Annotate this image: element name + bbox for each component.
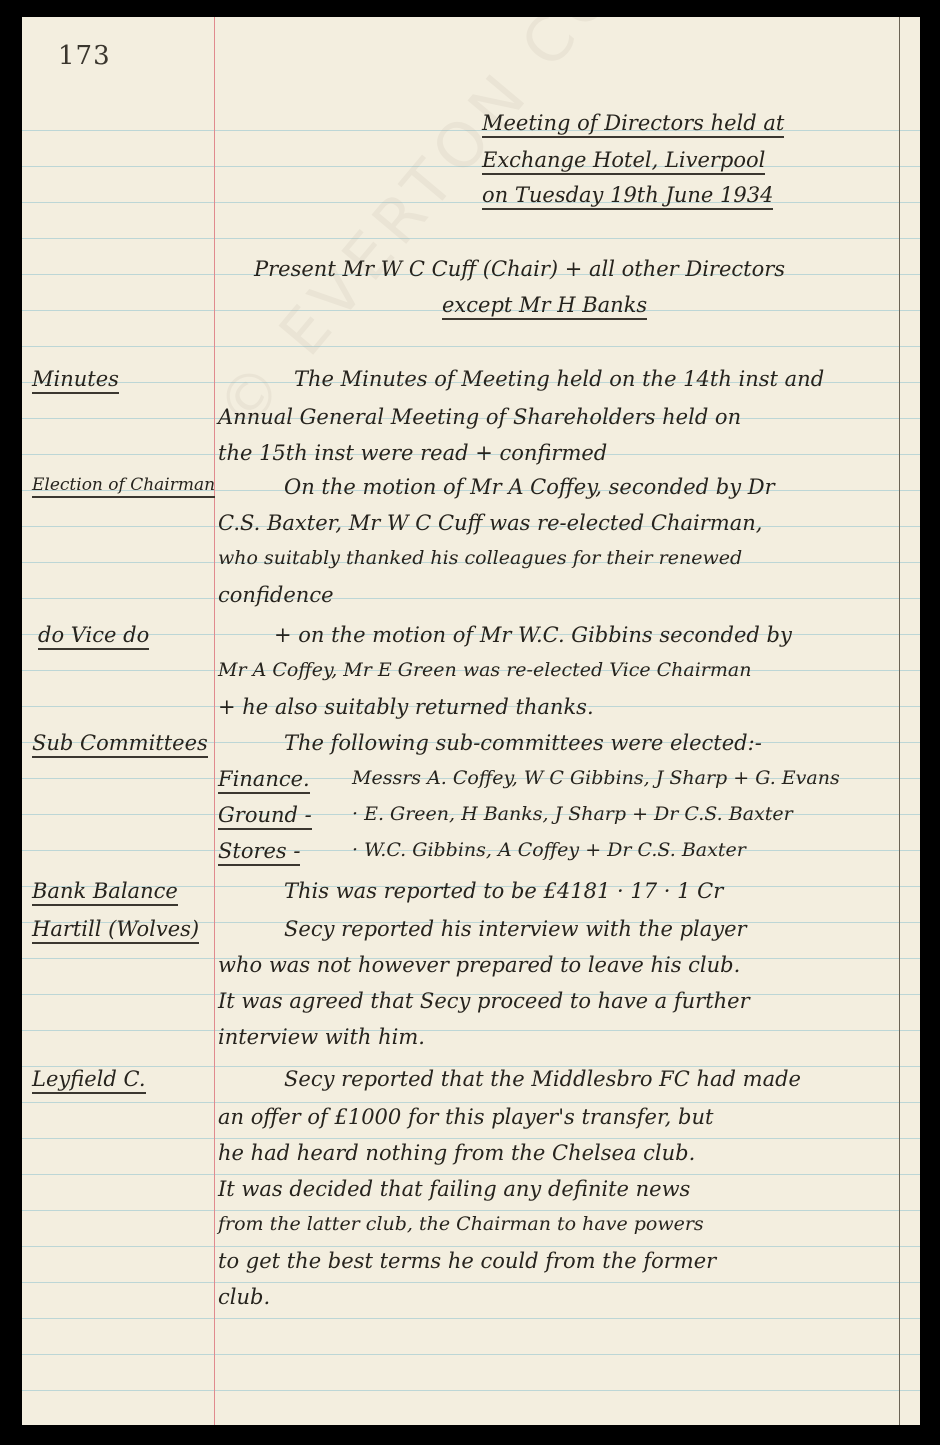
committee-row-ground: Ground - — [218, 805, 312, 826]
ruled-line — [22, 1102, 920, 1103]
leyfield-line: club. — [218, 1287, 270, 1308]
leyfield-line: he had heard nothing from the Chelsea cl… — [218, 1143, 695, 1164]
vice-chair-line: + on the motion of Mr W.C. Gibbins secon… — [274, 625, 792, 646]
page-number: 173 — [58, 41, 111, 71]
margin-label-sub-committees: Sub Committees — [32, 733, 208, 754]
margin-label-vice-chairman: do Vice do — [38, 625, 149, 646]
hartill-line: Secy reported his interview with the pla… — [284, 919, 747, 940]
ruled-line — [22, 1030, 920, 1031]
leyfield-line: It was decided that failing any definite… — [218, 1179, 690, 1200]
leyfield-line: Secy reported that the Middlesbro FC had… — [284, 1069, 801, 1090]
red-margin-line — [214, 17, 215, 1425]
ruled-line — [22, 238, 920, 239]
ruled-line — [22, 598, 920, 599]
margin-label-leyfield: Leyfield C. — [32, 1069, 146, 1090]
right-margin-line — [899, 17, 900, 1425]
leyfield-line: an offer of £1000 for this player's tran… — [218, 1107, 713, 1128]
ruled-line — [22, 1354, 920, 1355]
margin-label-election-of-chairman: Election of Chairman — [32, 477, 215, 494]
committee-members: · E. Green, H Banks, J Sharp + Dr C.S. B… — [352, 805, 793, 824]
election-line: C.S. Baxter, Mr W C Cuff was re-elected … — [218, 513, 762, 534]
margin-label-minutes: Minutes — [32, 369, 119, 390]
ruled-line — [22, 346, 920, 347]
hartill-line: It was agreed that Secy proceed to have … — [218, 991, 750, 1012]
ruled-line — [22, 1138, 920, 1139]
hartill-line: interview with him. — [218, 1027, 425, 1048]
leyfield-line: to get the best terms he could from the … — [218, 1251, 716, 1272]
ruled-line — [22, 1210, 920, 1211]
vice-chair-line: + he also suitably returned thanks. — [218, 697, 594, 718]
ruled-line — [22, 166, 920, 167]
minutes-line: the 15th inst were read + confirmed — [218, 443, 607, 464]
minutes-line: The Minutes of Meeting held on the 14th … — [294, 369, 824, 390]
ruled-line — [22, 130, 920, 131]
election-line: confidence — [218, 585, 334, 606]
margin-label-bank-balance: Bank Balance — [32, 881, 178, 902]
leyfield-line: from the latter club, the Chairman to ha… — [218, 1215, 704, 1234]
heading-line-3: on Tuesday 19th June 1934 — [482, 185, 773, 206]
committee-row-stores: Stores - — [218, 841, 300, 862]
ruled-line — [22, 1282, 920, 1283]
vice-chair-line: Mr A Coffey, Mr E Green was re-elected V… — [218, 661, 751, 680]
ledger-page: © EVERTON COLLECTION 173 Meeting of Dire… — [22, 17, 920, 1425]
election-line: On the motion of Mr A Coffey, seconded b… — [284, 477, 775, 498]
election-line: who suitably thanked his colleagues for … — [218, 549, 742, 568]
committee-members: Messrs A. Coffey, W C Gibbins, J Sharp +… — [352, 769, 840, 788]
bank-balance-line: This was reported to be £4181 · 17 · 1 C… — [284, 881, 723, 902]
sub-committees-intro: The following sub-committees were electe… — [284, 733, 762, 754]
hartill-line: who was not however prepared to leave hi… — [218, 955, 740, 976]
heading-line-2: Exchange Hotel, Liverpool — [482, 150, 765, 171]
heading-line-1: Meeting of Directors held at — [482, 113, 784, 134]
present-line-1: Present Mr W C Cuff (Chair) + all other … — [254, 259, 785, 280]
present-line-2: except Mr H Banks — [442, 295, 647, 316]
minutes-line: Annual General Meeting of Shareholders h… — [218, 407, 741, 428]
ruled-line — [22, 1390, 920, 1391]
committee-row-finance: Finance. — [218, 769, 310, 790]
ruled-line — [22, 202, 920, 203]
margin-label-hartill: Hartill (Wolves) — [32, 919, 199, 940]
ruled-line — [22, 1174, 920, 1175]
committee-members: · W.C. Gibbins, A Coffey + Dr C.S. Baxte… — [352, 841, 746, 860]
ruled-line — [22, 1318, 920, 1319]
ruled-line — [22, 1246, 920, 1247]
